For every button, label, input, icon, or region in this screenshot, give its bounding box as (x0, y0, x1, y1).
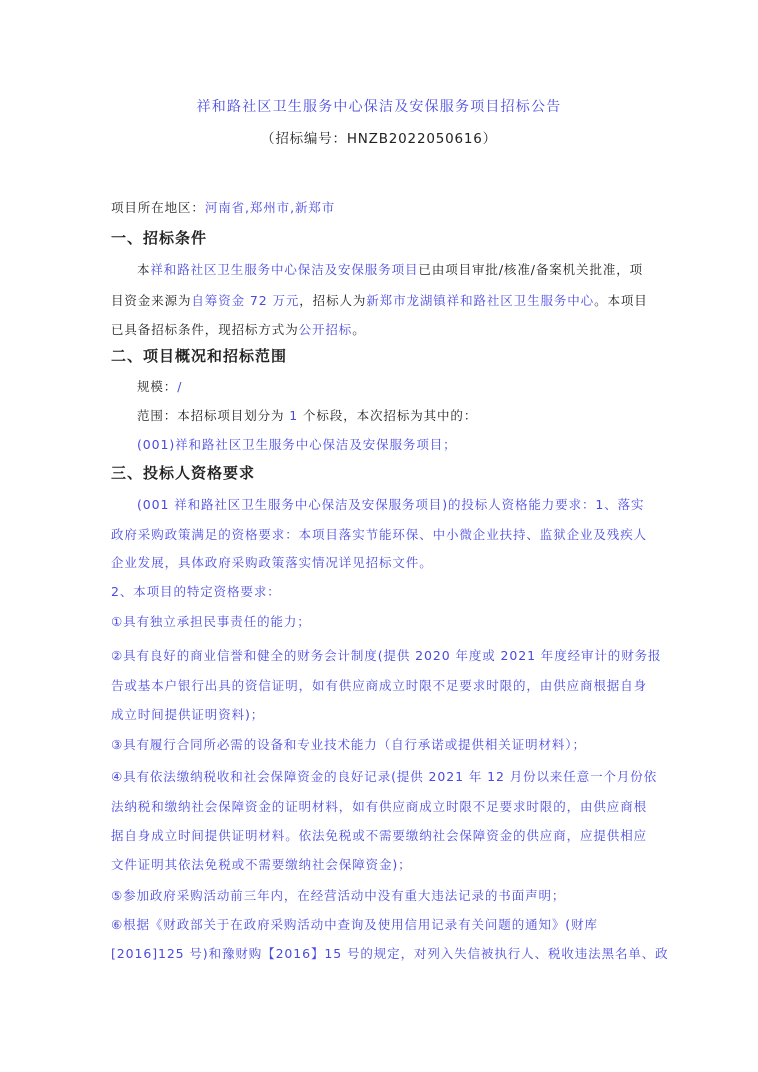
document-title: 祥和路社区卫生服务中心保洁及安保服务项目招标公告 (0, 96, 758, 116)
paragraph-line: ④具有依法缴纳税收和社会保障资金的良好记录(提供 2021 年 12 月份以来任… (111, 767, 657, 785)
paragraph-line: 本祥和路社区卫生服务中心保洁及安保服务项目已由项目审批/核准/备案机关批准，项 (137, 260, 643, 278)
paragraph-line: ②具有良好的商业信誉和健全的财务会计制度(提供 2020 年度或 2021 年度… (111, 646, 661, 664)
section-heading-bidder-qualifications: 三、投标人资格要求 (111, 462, 255, 483)
paragraph-line: [2016]125 号)和豫财购【2016】15 号的规定，对列入失信被执行人、… (111, 944, 669, 962)
paragraph-line: 法纳税和缴纳社会保障资金的证明材料，如有供应商成立时限不足要求时限的，由供应商根 (111, 797, 647, 815)
text-run: (001)祥和路社区卫生服务中心保洁及安保服务项目； (137, 437, 457, 452)
text-run: 2、本项目的特定资格要求： (111, 584, 281, 599)
text-run: 已由项目审批/核准/备案机关批准，项 (418, 262, 643, 277)
text-run: ⑥根据《财政部关于在政府采购活动中查询及使用信用记录有关问题的通知》(财库 (111, 917, 598, 932)
text-run: 范围：本招标项目划分为 (137, 408, 289, 423)
text-run: 企业发展，具体政府采购政策落实情况详见招标文件。 (111, 555, 433, 570)
project-region: 项目所在地区：河南省,郑州市,新郑市 (111, 198, 335, 216)
text-run: [2016]125 号)和豫财购【2016】15 号的规定，对列入失信被执行人、… (111, 946, 669, 961)
paragraph-line: 据自身成立时间提供证明材料。依法免税或不需要缴纳社会保障资金的供应商，应提供相应 (111, 826, 647, 844)
paragraph-line: 政府采购政策满足的资格要求：本项目落实节能环保、中小微企业扶持、监狱企业及残疾人 (111, 525, 647, 543)
text-run: ④具有依法缴纳税收和社会保障资金的良好记录(提供 2021 年 12 月份以来任… (111, 769, 657, 784)
text-run: 1 (289, 408, 298, 423)
text-run: 祥和路社区卫生服务中心保洁及安保服务项目 (150, 262, 418, 277)
text-run: 据自身成立时间提供证明材料。依法免税或不需要缴纳社会保障资金的供应商，应提供相应 (111, 828, 647, 843)
tender-number: （招标编号：HNZB2022050616） (0, 127, 758, 147)
region-label: 项目所在地区： (111, 200, 205, 215)
text-run: 告或基本户银行出具的资信证明，如有供应商成立时限不足要求时限的，由供应商根据自身 (111, 678, 647, 693)
paragraph-line: ①具有独立承担民事责任的能力； (111, 612, 311, 630)
paragraph-line: 2、本项目的特定资格要求： (111, 582, 281, 600)
text-run: / (177, 379, 182, 394)
lot-line: (001)祥和路社区卫生服务中心保洁及安保服务项目； (137, 435, 457, 453)
paragraph-line: ③具有履行合同所必需的设备和专业技术能力（自行承诺或提供相关证明材料）； (111, 735, 586, 753)
text-run: 成立时间提供证明资料)； (111, 707, 264, 722)
text-run: 规模： (137, 379, 177, 394)
text-run: 新郑市龙湖镇祥和路社区卫生服务中心 (366, 293, 594, 308)
text-run: 文件证明其依法免税或不需要缴纳社会保障资金)； (111, 857, 412, 872)
text-run: 政府采购政策满足的资格要求：本项目落实节能环保、中小微企业扶持、监狱企业及残疾人 (111, 527, 647, 542)
paragraph-line: 已具备招标条件，现招标方式为公开招标。 (111, 320, 366, 338)
text-run: 个标段，本次招标为其中的： (298, 408, 477, 423)
text-run: 已具备招标条件，现招标方式为 (111, 322, 299, 337)
paragraph-line: (001 祥和路社区卫生服务中心保洁及安保服务项目)的投标人资格能力要求：1、落… (137, 495, 644, 513)
text-run: 目资金来源为 (111, 293, 191, 308)
document-page: 祥和路社区卫生服务中心保洁及安保服务项目招标公告 （招标编号：HNZB20220… (0, 0, 758, 1072)
paragraph-line: 企业发展，具体政府采购政策落实情况详见招标文件。 (111, 553, 433, 571)
scale-line: 规模：/ (137, 377, 182, 395)
paragraph-line: 文件证明其依法免税或不需要缴纳社会保障资金)； (111, 855, 412, 873)
paragraph-line: 成立时间提供证明资料)； (111, 705, 264, 723)
text-run: ⑤参加政府采购活动前三年内，在经营活动中没有重大违法记录的书面声明； (111, 888, 565, 903)
text-run: ①具有独立承担民事责任的能力； (111, 614, 311, 629)
text-run: 自筹资金 72 万元 (191, 293, 299, 308)
text-run: ，招标人为 (299, 293, 366, 308)
text-run: 本 (137, 262, 150, 277)
text-run: (001 祥和路社区卫生服务中心保洁及安保服务项目)的投标人资格能力要求：1、落… (137, 497, 644, 512)
section-heading-bidding-conditions: 一、招标条件 (111, 227, 207, 248)
section-heading-project-overview: 二、项目概况和招标范围 (111, 345, 287, 366)
paragraph-line: ⑥根据《财政部关于在政府采购活动中查询及使用信用记录有关问题的通知》(财库 (111, 915, 598, 933)
text-run: ②具有良好的商业信誉和健全的财务会计制度(提供 2020 年度或 2021 年度… (111, 648, 661, 663)
text-run: 公开招标 (299, 322, 353, 337)
paragraph-line: 告或基本户银行出具的资信证明，如有供应商成立时限不足要求时限的，由供应商根据自身 (111, 676, 647, 694)
scope-line: 范围：本招标项目划分为 1 个标段，本次招标为其中的： (137, 406, 477, 424)
paragraph-line: 目资金来源为自筹资金 72 万元，招标人为新郑市龙湖镇祥和路社区卫生服务中心。本… (111, 291, 648, 309)
text-run: 法纳税和缴纳社会保障资金的证明材料，如有供应商成立时限不足要求时限的，由供应商根 (111, 799, 647, 814)
paragraph-line: ⑤参加政府采购活动前三年内，在经营活动中没有重大违法记录的书面声明； (111, 886, 565, 904)
region-value: 河南省,郑州市,新郑市 (205, 200, 335, 215)
text-run: 。本项目 (594, 293, 648, 308)
text-run: 。 (352, 322, 365, 337)
text-run: ③具有履行合同所必需的设备和专业技术能力（自行承诺或提供相关证明材料）； (111, 737, 586, 752)
